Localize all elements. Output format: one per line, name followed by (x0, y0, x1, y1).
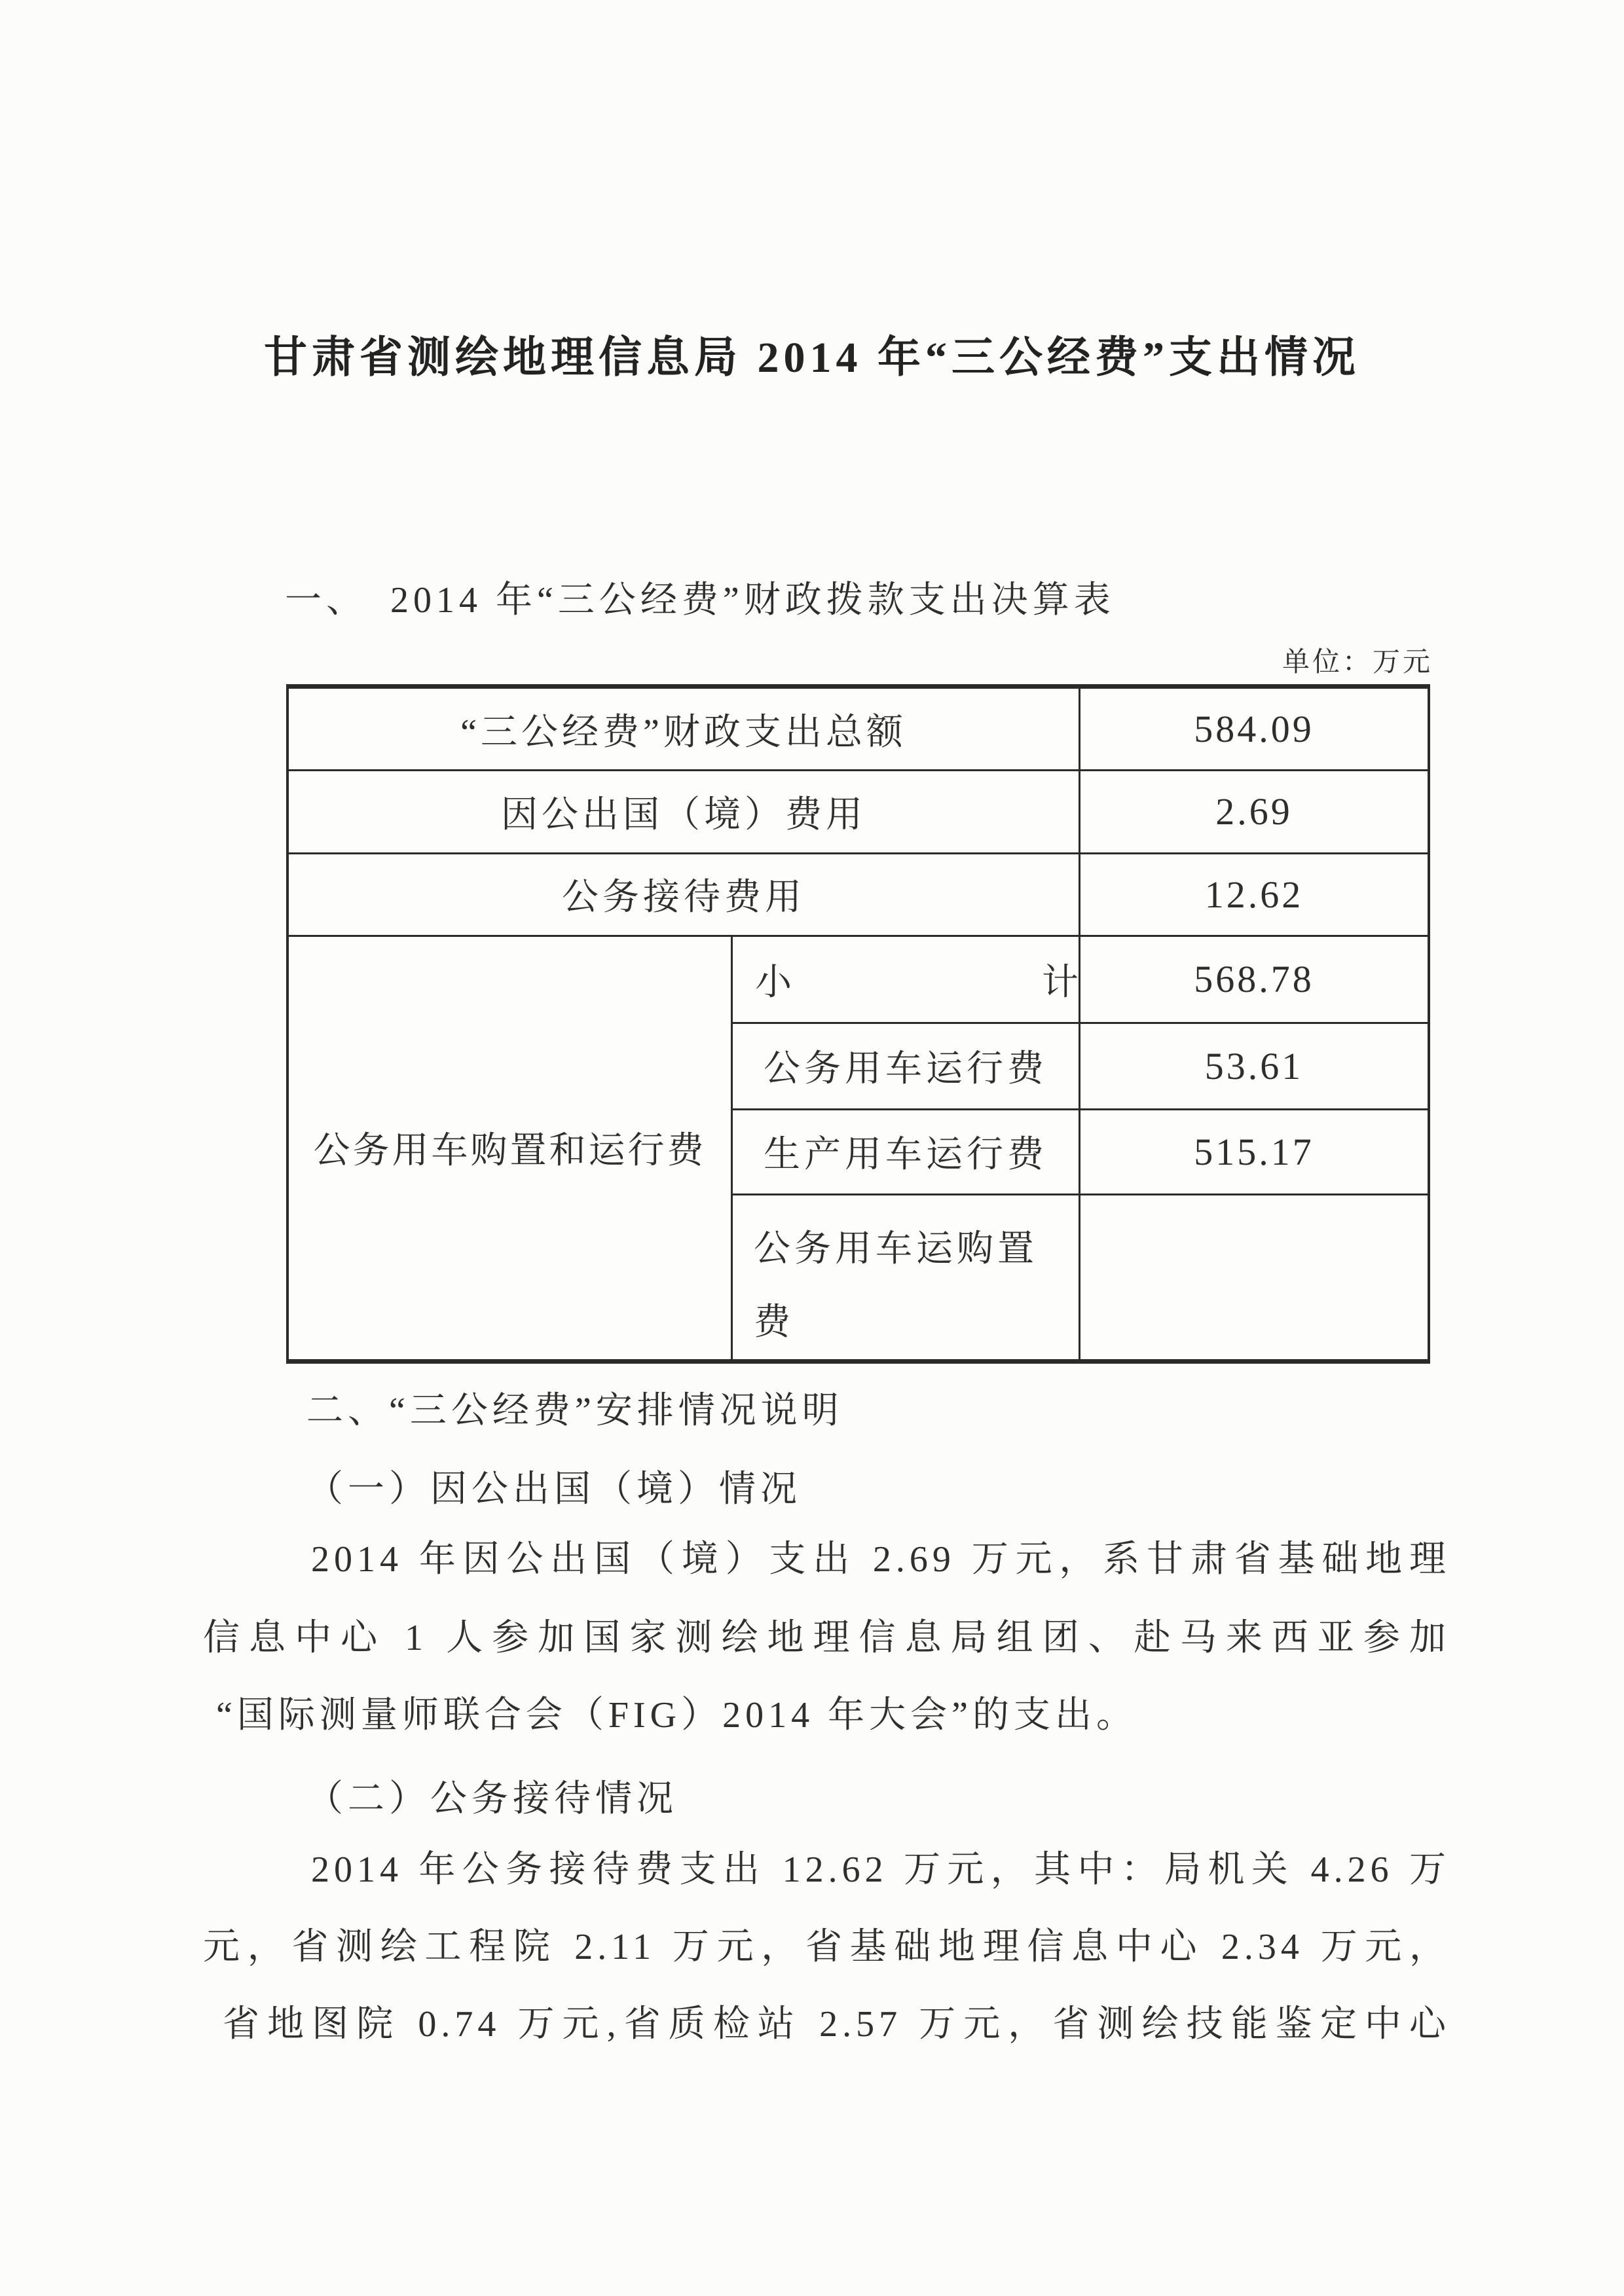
row-total-value: 584.09 (1079, 689, 1428, 769)
row-production-vehicle-value: 515.17 (1079, 1110, 1428, 1194)
row-vehicle-purchase-value (1079, 1195, 1428, 1359)
table-row-subtotal: 小计 568.78 (733, 937, 1428, 1024)
row-total-label: “三公经费”财政支出总额 (289, 689, 1079, 769)
paragraph-2-line-1: 2014 年公务接待费支出 12.62 万元，其中：局机关 4.26 万 (203, 1846, 1450, 1893)
table-row-production-vehicle-operation: 生产用车运行费 515.17 (733, 1110, 1428, 1195)
unit-note: 单位：万元 (1282, 640, 1433, 680)
table-row-vehicle-purchase: 公务用车运购置费 (733, 1195, 1428, 1359)
group-vehicles-rows: 小计 568.78 公务用车运行费 53.61 生产用车运行费 515.17 公… (733, 937, 1428, 1359)
page-title: 甘肃省测绘地理信息局 2014 年“三公经费”支出情况 (0, 322, 1624, 384)
row-vehicle-purchase-label: 公务用车运购置费 (733, 1195, 1079, 1359)
expense-table: “三公经费”财政支出总额 584.09 因公出国（境）费用 2.69 公务接待费… (286, 684, 1430, 1364)
document-page: 甘肃省测绘地理信息局 2014 年“三公经费”支出情况 一、 2014 年“三公… (0, 0, 1624, 2296)
group-vehicles-label: 公务用车购置和运行费 (289, 937, 733, 1359)
paragraph-1-line-3: “国际测量师联合会（FIG）2014 年大会”的支出。 (216, 1692, 1450, 1739)
row-abroad-label: 因公出国（境）费用 (289, 771, 1079, 852)
row-official-vehicle-value: 53.61 (1079, 1024, 1428, 1108)
row-subtotal-value: 568.78 (1079, 937, 1428, 1022)
paragraph-1-line-1: 2014 年因公出国（境）支出 2.69 万元，系甘肃省基础地理 (203, 1536, 1450, 1583)
paragraph-2-line-2: 元，省测绘工程院 2.11 万元，省基础地理信息中心 2.34 万元， (203, 1923, 1450, 1971)
paragraph-1-line-2: 信息中心 1 人参加国家测绘地理信息局组团、赴马来西亚参加 (203, 1614, 1450, 1662)
table-row-total: “三公经费”财政支出总额 584.09 (289, 689, 1428, 771)
table-row-reception: 公务接待费用 12.62 (289, 854, 1428, 937)
section-1-heading: 一、 2014 年“三公经费”财政拨款支出决算表 (285, 571, 1115, 623)
row-abroad-value: 2.69 (1079, 771, 1428, 852)
table-group-vehicles: 公务用车购置和运行费 小计 568.78 公务用车运行费 53.61 生产用车运… (289, 937, 1428, 1359)
row-reception-value: 12.62 (1079, 854, 1428, 935)
paragraph-2-line-3: 省地图院 0.74 万元,省质检站 2.57 万元，省测绘技能鉴定中心 (223, 2001, 1450, 2048)
row-reception-label: 公务接待费用 (289, 854, 1079, 935)
row-subtotal-label: 小计 (755, 953, 1079, 1006)
subsection-1-heading: （一）因公出国（境）情况 (306, 1460, 802, 1512)
section-2-heading: 二、“三公经费”安排情况说明 (306, 1381, 843, 1434)
row-production-vehicle-label: 生产用车运行费 (733, 1110, 1079, 1194)
subsection-2-heading: （二）公务接待情况 (306, 1770, 678, 1822)
table-row-abroad: 因公出国（境）费用 2.69 (289, 771, 1428, 854)
table-row-official-vehicle-operation: 公务用车运行费 53.61 (733, 1024, 1428, 1110)
row-official-vehicle-label: 公务用车运行费 (733, 1024, 1079, 1108)
